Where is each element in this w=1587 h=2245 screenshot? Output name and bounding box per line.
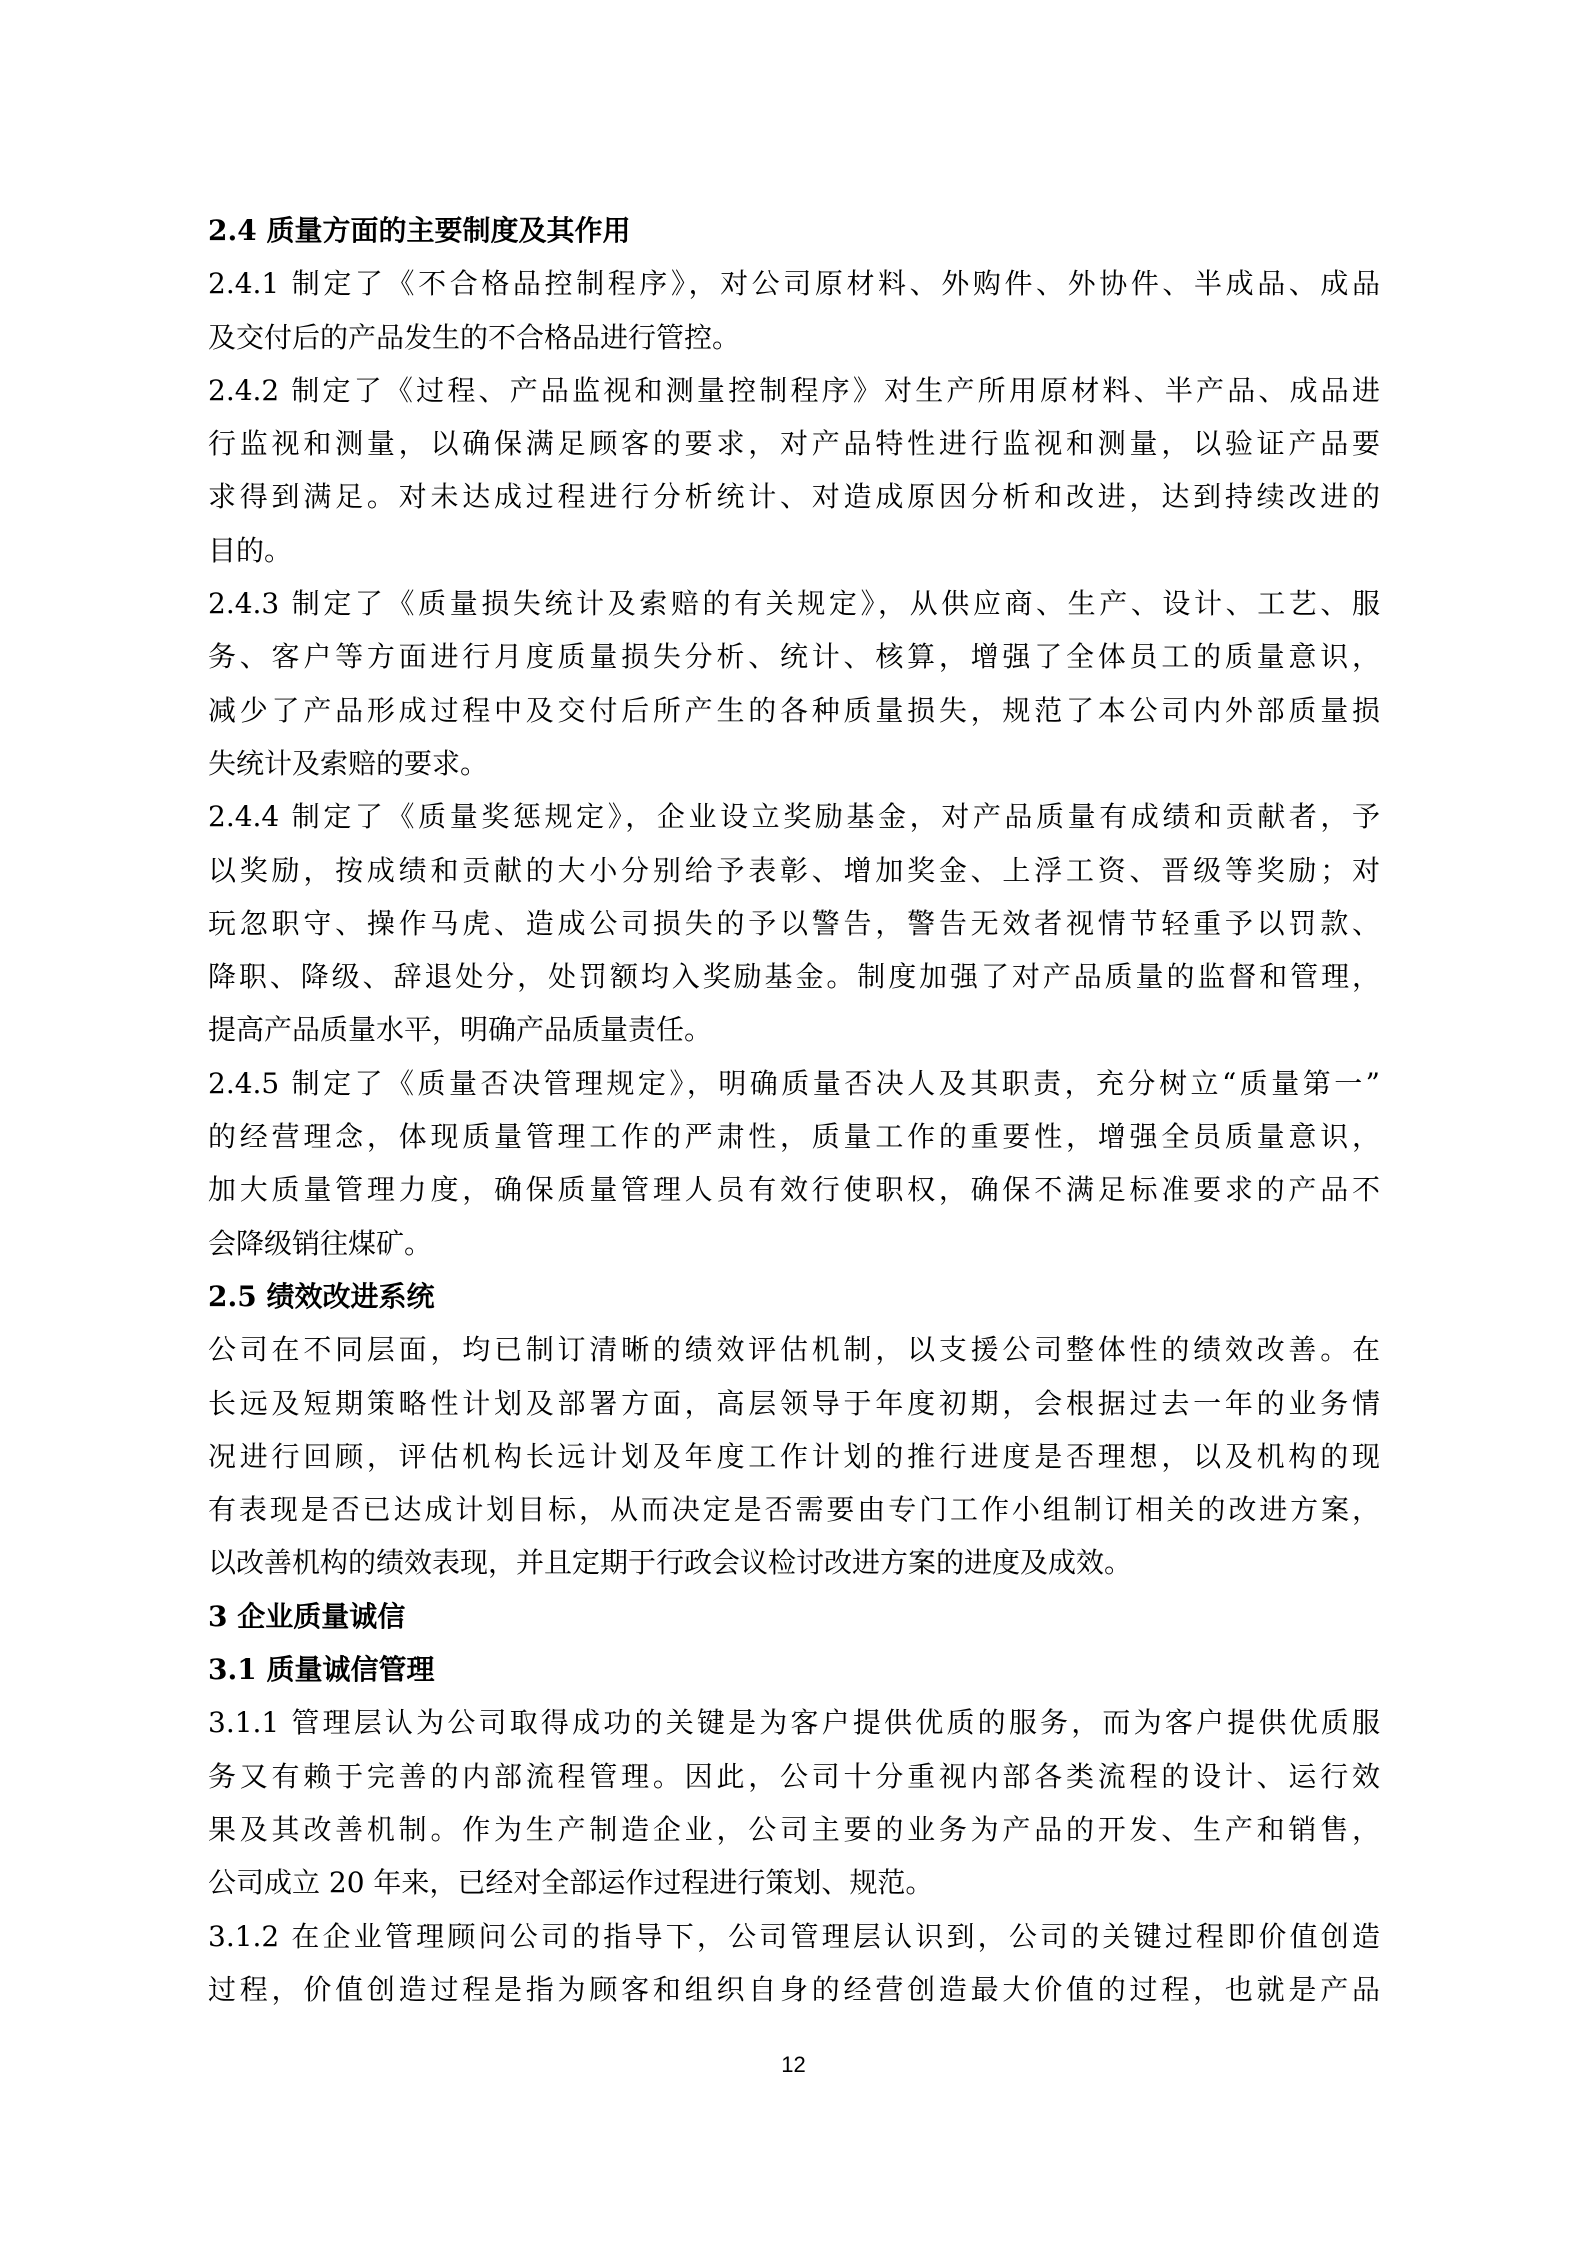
text-line: 务、客户等方面进行月度质量损失分析、统计、核算，增强了全体员工的质量意识， bbox=[208, 630, 1380, 683]
text-line: 以改善机构的绩效表现，并且定期于行政会议检讨改进方案的进度及成效。 bbox=[208, 1536, 1380, 1589]
paragraph-2-4-3: 2.4.3 制定了《质量损失统计及索赔的有关规定》，从供应商、生产、设计、工艺、… bbox=[208, 577, 1380, 790]
text-line: 玩忽职守、操作马虎、造成公司损失的予以警告，警告无效者视情节轻重予以罚款、 bbox=[208, 897, 1380, 950]
paragraph-2-4-5: 2.4.5 制定了《质量否决管理规定》，明确质量否决人及其职责，充分树立“质量第… bbox=[208, 1057, 1380, 1270]
text-line: 2.4.5 制定了《质量否决管理规定》，明确质量否决人及其职责，充分树立“质量第… bbox=[208, 1057, 1380, 1110]
heading-2-4: 2.4 质量方面的主要制度及其作用 bbox=[208, 204, 1380, 257]
paragraph-3-1-1: 3.1.1 管理层认为公司取得成功的关键是为客户提供优质的服务，而为客户提供优质… bbox=[208, 1696, 1380, 1909]
paragraph-2-5: 公司在不同层面，均已制订清晰的绩效评估机制，以支援公司整体性的绩效改善。在 长远… bbox=[208, 1323, 1380, 1589]
text-line: 长远及短期策略性计划及部署方面，高层领导于年度初期，会根据过去一年的业务情 bbox=[208, 1377, 1380, 1430]
text-line: 失统计及索赔的要求。 bbox=[208, 737, 1380, 790]
text-line: 降职、降级、辞退处分，处罚额均入奖励基金。制度加强了对产品质量的监督和管理， bbox=[208, 950, 1380, 1003]
text-line: 减少了产品形成过程中及交付后所产生的各种质量损失，规范了本公司内外部质量损 bbox=[208, 684, 1380, 737]
section-heading: 3 企业质量诚信 bbox=[208, 1590, 1380, 1643]
text-line: 公司在不同层面，均已制订清晰的绩效评估机制，以支援公司整体性的绩效改善。在 bbox=[208, 1323, 1380, 1376]
text-line: 过程，价值创造过程是指为顾客和组织自身的经营创造最大价值的过程，也就是产品 bbox=[208, 1963, 1380, 2016]
text-line: 3.1.2 在企业管理顾问公司的指导下，公司管理层认识到，公司的关键过程即价值创… bbox=[208, 1910, 1380, 1963]
heading-3: 3 企业质量诚信 bbox=[208, 1590, 1380, 1643]
text-line: 求得到满足。对未达成过程进行分析统计、对造成原因分析和改进，达到持续改进的 bbox=[208, 470, 1380, 523]
paragraph-2-4-4: 2.4.4 制定了《质量奖惩规定》，企业设立奖励基金，对产品质量有成绩和贡献者，… bbox=[208, 790, 1380, 1056]
text-line: 加大质量管理力度，确保质量管理人员有效行使职权，确保不满足标准要求的产品不 bbox=[208, 1163, 1380, 1216]
text-line: 果及其改善机制。作为生产制造企业，公司主要的业务为产品的开发、生产和销售， bbox=[208, 1803, 1380, 1856]
text-line: 2.4.1 制定了《不合格品控制程序》，对公司原材料、外购件、外协件、半成品、成… bbox=[208, 257, 1380, 310]
text-line: 2.4.4 制定了《质量奖惩规定》，企业设立奖励基金，对产品质量有成绩和贡献者，… bbox=[208, 790, 1380, 843]
text-line: 会降级销往煤矿。 bbox=[208, 1217, 1380, 1270]
text-line: 目的。 bbox=[208, 524, 1380, 577]
paragraph-2-4-2: 2.4.2 制定了《过程、产品监视和测量控制程序》对生产所用原材料、半产品、成品… bbox=[208, 364, 1380, 577]
text-line: 3.1.1 管理层认为公司取得成功的关键是为客户提供优质的服务，而为客户提供优质… bbox=[208, 1696, 1380, 1749]
text-line: 2.4.3 制定了《质量损失统计及索赔的有关规定》，从供应商、生产、设计、工艺、… bbox=[208, 577, 1380, 630]
section-heading: 3.1 质量诚信管理 bbox=[208, 1643, 1380, 1696]
text-line: 有表现是否已达成计划目标，从而决定是否需要由专门工作小组制订相关的改进方案， bbox=[208, 1483, 1380, 1536]
section-heading: 2.5 绩效改进系统 bbox=[208, 1270, 1380, 1323]
text-line: 2.4.2 制定了《过程、产品监视和测量控制程序》对生产所用原材料、半产品、成品… bbox=[208, 364, 1380, 417]
text-line: 及交付后的产品发生的不合格品进行管控。 bbox=[208, 311, 1380, 364]
text-line: 以奖励，按成绩和贡献的大小分别给予表彰、增加奖金、上浮工资、晋级等奖励；对 bbox=[208, 844, 1380, 897]
heading-2-5: 2.5 绩效改进系统 bbox=[208, 1270, 1380, 1323]
text-line: 务又有赖于完善的内部流程管理。因此，公司十分重视内部各类流程的设计、运行效 bbox=[208, 1750, 1380, 1803]
page-number: 12 bbox=[0, 2052, 1587, 2078]
heading-3-1: 3.1 质量诚信管理 bbox=[208, 1643, 1380, 1696]
text-line: 的经营理念，体现质量管理工作的严肃性，质量工作的重要性，增强全员质量意识， bbox=[208, 1110, 1380, 1163]
section-heading: 2.4 质量方面的主要制度及其作用 bbox=[208, 204, 1380, 257]
text-line: 况进行回顾，评估机构长远计划及年度工作计划的推行进度是否理想，以及机构的现 bbox=[208, 1430, 1380, 1483]
paragraph-3-1-2: 3.1.2 在企业管理顾问公司的指导下，公司管理层认识到，公司的关键过程即价值创… bbox=[208, 1910, 1380, 2017]
paragraph-2-4-1: 2.4.1 制定了《不合格品控制程序》，对公司原材料、外购件、外协件、半成品、成… bbox=[208, 257, 1380, 364]
text-line: 行监视和测量，以确保满足顾客的要求，对产品特性进行监视和测量，以验证产品要 bbox=[208, 417, 1380, 470]
text-line: 提高产品质量水平，明确产品质量责任。 bbox=[208, 1003, 1380, 1056]
text-line: 公司成立 20 年来，已经对全部运作过程进行策划、规范。 bbox=[208, 1856, 1380, 1909]
document-body: 2.4 质量方面的主要制度及其作用 2.4.1 制定了《不合格品控制程序》，对公… bbox=[208, 204, 1380, 2016]
